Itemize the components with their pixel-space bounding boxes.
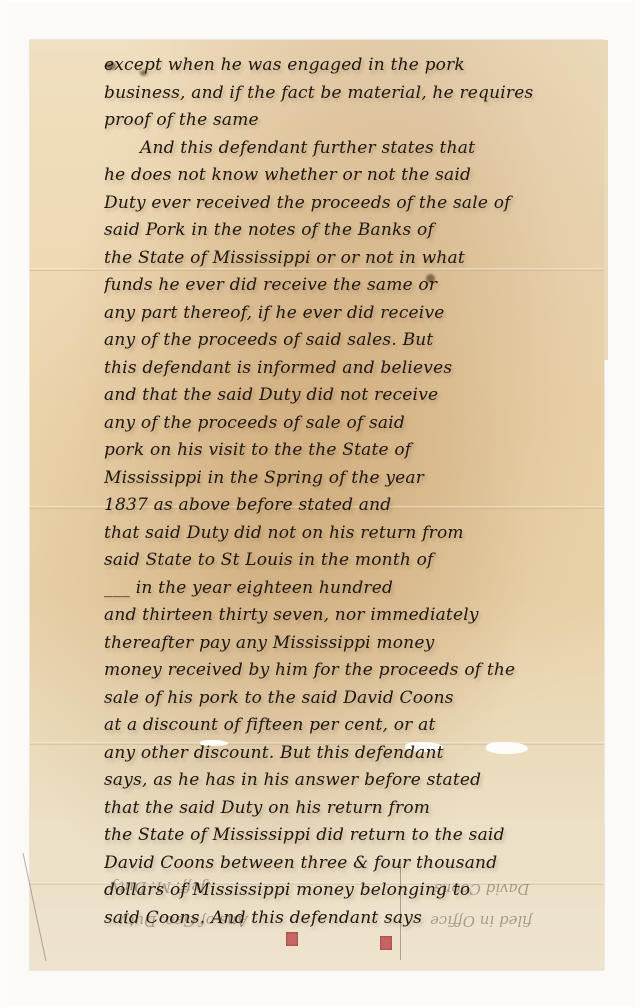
text-line: that the said Duty on his return from: [104, 795, 604, 823]
text-line: says, as he has in his answer before sta…: [104, 767, 604, 795]
text-line: said State to St Louis in the month of: [104, 547, 604, 575]
text-line: and that the said Duty did not receive: [104, 382, 604, 410]
text-line: thereafter pay any Mississippi money: [104, 630, 604, 658]
text-line: dollars of Mississippi money belonging t…: [104, 877, 604, 905]
text-line: any of the proceeds of said sales. But: [104, 327, 604, 355]
text-line: the State of Mississippi or or not in wh…: [104, 245, 604, 273]
text-line: except when he was engaged in the pork: [104, 52, 604, 80]
text-line: And this defendant further states that: [104, 135, 604, 163]
text-line: proof of the same: [104, 107, 604, 135]
text-line: Mississippi in the Spring of the year: [104, 465, 604, 493]
handwritten-text: except when he was engaged in the pork b…: [104, 52, 604, 932]
text-line: Duty ever received the proceeds of the s…: [104, 190, 604, 218]
red-tape-fragment: [286, 932, 298, 946]
text-line: said Coons. And this defendant says: [104, 905, 604, 933]
text-line: any of the proceeds of sale of said: [104, 410, 604, 438]
red-tape-fragment: [380, 936, 392, 950]
text-line: sale of his pork to the said David Coons: [104, 685, 604, 713]
text-line: any other discount. But this defendant: [104, 740, 604, 768]
text-line: said Pork in the notes of the Banks of: [104, 217, 604, 245]
text-line: at a discount of fifteen per cent, or at: [104, 712, 604, 740]
text-line: he does not know whether or not the said: [104, 162, 604, 190]
text-line: this defendant is informed and believes: [104, 355, 604, 383]
text-line: and thirteen thirty seven, nor immediate…: [104, 602, 604, 630]
text-line: that said Duty did not on his return fro…: [104, 520, 604, 548]
text-line: the State of Mississippi did return to t…: [104, 822, 604, 850]
text-line: pork on his visit to the the State of: [104, 437, 604, 465]
text-line: David Coons between three & four thousan…: [104, 850, 604, 878]
text-line: 1837 as above before stated and: [104, 492, 604, 520]
text-line: business, and if the fact be material, h…: [104, 80, 604, 108]
text-line: any part thereof, if he ever did receive: [104, 300, 604, 328]
text-line: ___ in the year eighteen hundred: [104, 575, 604, 603]
text-line: funds he ever did receive the same or: [104, 272, 604, 300]
text-line: money received by him for the proceeds o…: [104, 657, 604, 685]
